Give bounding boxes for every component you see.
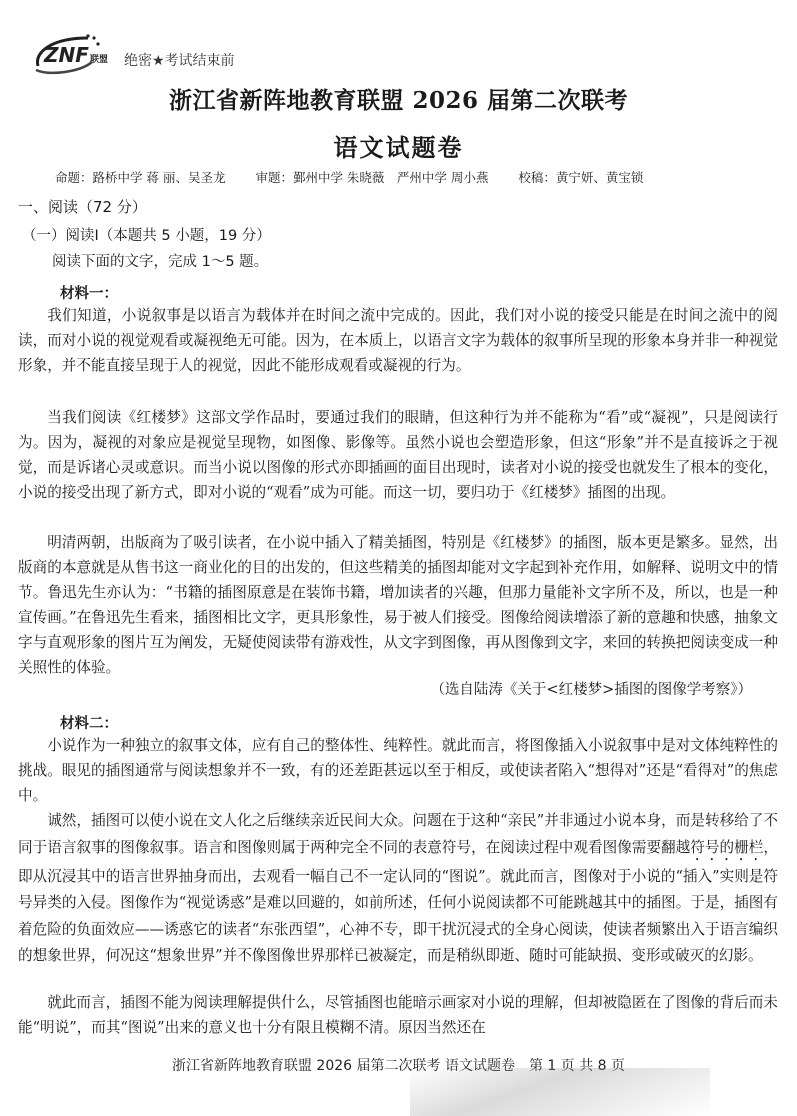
exam-title: 浙江省新阵地教育联盟 2026 届第二次联考 [0, 82, 797, 115]
znf-logo: ZNF 联盟 [30, 32, 118, 76]
emphasized-phrase: 符号的栅栏 [690, 839, 763, 856]
svg-text:ZNF: ZNF [43, 43, 89, 67]
material-1-label: 材料一： [60, 282, 118, 303]
section-title: 一、阅读（72 分） [18, 196, 147, 217]
page-footer: 浙江省新阵地教育联盟 2026 届第二次联考 语文试题卷 第 1 页 共 8 页 [0, 1055, 797, 1075]
credit-author: 命题：路桥中学 蒋 丽、吴圣龙 [55, 170, 225, 185]
exam-subtitle: 语文试题卷 [0, 128, 797, 163]
paragraph-text: 诚然，插图可以使小说在文人化之后继续亲近民间大众。问题在于这种“亲民”并非通过小… [18, 812, 778, 856]
confidential-label: 绝密★考试结束前 [124, 50, 235, 70]
material-1-paragraph: 当我们阅读《红楼梦》这部文学作品时，要通过我们的眼睛，但这种行为并不能称为“看”… [18, 405, 778, 505]
credit-proofreader: 校稿：黄宁妍、黄宝锁 [518, 170, 643, 185]
sub-section-title: （一）阅读Ⅰ（本题共 5 小题，19 分） [22, 224, 271, 245]
material-2-paragraph: 小说作为一种独立的叙事文体，应有自己的整体性、纯粹性。就此而言，将图像插入小说叙… [18, 733, 778, 808]
watermark-overlay [410, 1068, 710, 1116]
material-2-paragraph: 就此而言，插图不能为阅读理解提供什么，尽管插图也能暗示画家对小说的理解，但却被隐… [18, 990, 778, 1040]
material-2-label: 材料二： [60, 712, 118, 733]
credit-reviewer: 审题：鄞州中学 朱晓薇 严州中学 周小燕 [255, 170, 488, 185]
instruction: 阅读下面的文字，完成 1～5 题。 [52, 250, 268, 271]
credits-line: 命题：路桥中学 蒋 丽、吴圣龙 审题：鄞州中学 朱晓薇 严州中学 周小燕 校稿：… [55, 168, 669, 186]
material-1-source: （选自陆涛《关于<红楼梦>插图的图像学考察》） [430, 678, 752, 699]
logo-icon: ZNF 联盟 [30, 32, 118, 76]
material-2-paragraph: 诚然，插图可以使小说在文人化之后继续亲近民间大众。问题在于这种“亲民”并非通过小… [18, 808, 778, 970]
material-1-paragraph: 我们知道，小说叙事是以语言为载体并在时间之流中完成的。因此，我们对小说的接受只能… [18, 303, 778, 378]
paragraph-text: ，即从沉浸其中的语言世界抽身而出，去观看一幅自己不一定认同的“图说”。就此而言，… [18, 839, 778, 965]
material-1-paragraph: 明清两朝，出版商为了吸引读者，在小说中插入了精美插图，特别是《红楼梦》的插图，版… [18, 530, 778, 680]
svg-text:联盟: 联盟 [89, 53, 108, 65]
